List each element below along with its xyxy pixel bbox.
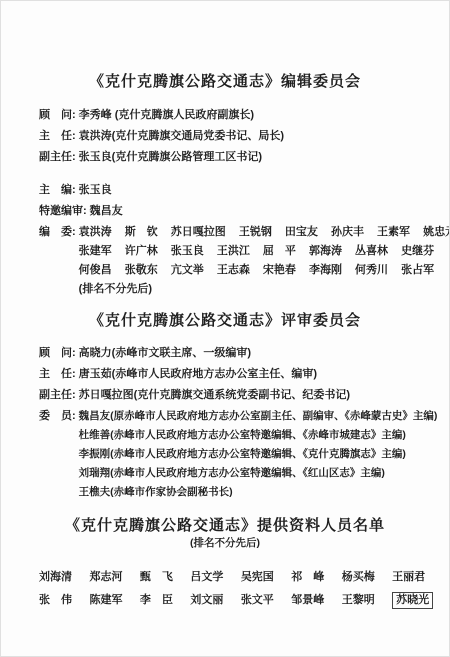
deputy-director-row: 副主任: 张玉良(克什克腾旗公路管理工区书记) <box>1 151 449 164</box>
contributors-row-1: 刘海清 郑志河 甄 飞 吕文学 吴宪国 祁 峰 杨买梅 王丽君 <box>39 569 449 584</box>
editorial-leaders: 顾 问: 李秀峰 (克什克腾旗人民政府副旗长) 主 任: 袁洪涛(克什克腾旗交通… <box>1 109 449 164</box>
deputy-director-name: 张玉良(克什克腾旗公路管理工区书记) <box>79 151 262 164</box>
contributor-name: 王丽君 <box>392 571 425 584</box>
member-name: 宋艳春 <box>263 264 296 277</box>
invited-reviewer-name: 魏昌友 <box>90 205 123 218</box>
committee-row-1: 袁洪涛 斯 钦 苏日嘎拉图 王锐钢 田宝友 孙庆丰 王素军 姚忠元 <box>79 226 450 239</box>
invited-reviewer-label: 特邀编审: <box>39 205 87 218</box>
contributor-name: 刘海清 <box>39 571 72 584</box>
review-deputy-director-name: 苏日嘎拉图(克什克腾旗交通系统党委副书记、纪委书记) <box>79 389 350 402</box>
editorial-committee-title: 《克什克腾旗公路交通志》编辑委员会 <box>1 73 449 91</box>
review-members-row: 委 员: 魏昌友(原赤峰市人民政府地方志办公室副主任、副编审、《赤峰蒙古史》主编… <box>1 410 449 505</box>
member-name: 王志森 <box>217 264 250 277</box>
member-name: 屈 平 <box>263 245 296 258</box>
committee-row-3: 何俊昌 张敬东 亢文举 王志森 宋艳春 李海刚 何秀川 张占军 <box>79 264 450 277</box>
review-director-row: 主 任: 唐玉茹(赤峰市人民政府地方志办公室主任、编审) <box>1 368 449 381</box>
review-committee-title: 《克什克腾旗公路交通志》评审委员会 <box>1 312 449 330</box>
contributor-name: 刘文丽 <box>190 594 223 607</box>
committee-members-list: 袁洪涛 斯 钦 苏日嘎拉图 王锐钢 田宝友 孙庆丰 王素军 姚忠元 张建军 许广… <box>79 226 450 296</box>
review-member: 杜维善(赤峰市人民政府地方志办公室特邀编辑、《赤峰市城建志》主编) <box>79 429 438 442</box>
contributors-list: 刘海清 郑志河 甄 飞 吕文学 吴宪国 祁 峰 杨买梅 王丽君 张 伟 陈建军 … <box>1 569 449 609</box>
chief-editor-name: 张玉良 <box>79 184 112 197</box>
chief-editor-label: 主 编: <box>39 184 76 197</box>
document-page: 《克什克腾旗公路交通志》编辑委员会 顾 问: 李秀峰 (克什克腾旗人民政府副旗长… <box>0 0 450 657</box>
advisor-row: 顾 问: 李秀峰 (克什克腾旗人民政府副旗长) <box>1 109 449 122</box>
member-name: 张建军 <box>79 245 112 258</box>
contributor-name: 祁 峰 <box>291 571 324 584</box>
review-members-list: 魏昌友(原赤峰市人民政府地方志办公室副主任、副编审、《赤峰蒙古史》主编) 杜维善… <box>79 410 438 505</box>
review-member: 魏昌友(原赤峰市人民政府地方志办公室副主任、副编审、《赤峰蒙古史》主编) <box>79 410 438 423</box>
member-name: 王锐钢 <box>239 226 272 239</box>
member-name: 丛喜林 <box>355 245 388 258</box>
contributor-name: 李 臣 <box>140 594 173 607</box>
member-name: 许广林 <box>125 245 158 258</box>
committee-row-2: 张建军 许广林 张玉良 王洪江 屈 平 郭海涛 丛喜林 史继芬 <box>79 245 450 258</box>
member-name: 郭海涛 <box>309 245 342 258</box>
director-label: 主 任: <box>39 130 76 143</box>
contributor-name: 邹景峰 <box>291 594 324 607</box>
review-advisor-label: 顾 问: <box>39 347 76 360</box>
contributors-no-ranking-note: (排名不分先后) <box>1 537 449 550</box>
member-name: 亢文举 <box>171 264 204 277</box>
member-name: 王素军 <box>377 226 410 239</box>
review-member: 李振刚(赤峰市人民政府地方志办公室特邀编辑、《克什克腾旗志》主编) <box>79 448 438 461</box>
committee-members-row: 编 委: 袁洪涛 斯 钦 苏日嘎拉图 王锐钢 田宝友 孙庆丰 王素军 姚忠元 张… <box>1 226 449 296</box>
member-name: 张玉良 <box>171 245 204 258</box>
review-member: 王樵夫(赤峰市作家协会副秘书长) <box>79 486 438 499</box>
contributor-name: 吕文学 <box>190 571 223 584</box>
review-deputy-director-label: 副主任: <box>39 389 76 402</box>
review-advisor-row: 顾 问: 高晓力(赤峰市文联主席、一级编审) <box>1 347 449 360</box>
contributor-name: 郑志河 <box>89 571 122 584</box>
member-name: 姚忠元 <box>423 226 450 239</box>
director-name: 袁洪涛(克什克腾旗交通局党委书记、局长) <box>79 130 284 143</box>
invited-reviewer-row: 特邀编审: 魏昌友 <box>1 205 449 218</box>
review-director-name: 唐玉茹(赤峰市人民政府地方志办公室主任、编审) <box>79 368 317 381</box>
contributor-name: 甄 飞 <box>140 571 173 584</box>
advisor-name: 李秀峰 (克什克腾旗人民政府副旗长) <box>79 109 254 122</box>
review-deputy-director-row: 副主任: 苏日嘎拉图(克什克腾旗交通系统党委副书记、纪委书记) <box>1 389 449 402</box>
contributor-name-boxed: 苏晓光 <box>392 592 433 609</box>
member-name: 王洪江 <box>217 245 250 258</box>
director-row: 主 任: 袁洪涛(克什克腾旗交通局党委书记、局长) <box>1 130 449 143</box>
committee-members-label: 编 委: <box>39 226 76 239</box>
member-name: 史继芬 <box>401 245 434 258</box>
member-name: 张占军 <box>401 264 434 277</box>
deputy-director-label: 副主任: <box>39 151 76 164</box>
contributor-name: 张 伟 <box>39 594 72 607</box>
contributor-name: 王黎明 <box>342 594 375 607</box>
editorial-editors: 主 编: 张玉良 特邀编审: 魏昌友 编 委: 袁洪涛 斯 钦 苏日嘎拉图 王锐… <box>1 184 449 296</box>
contributor-name: 杨买梅 <box>342 571 375 584</box>
member-name: 李海刚 <box>309 264 342 277</box>
member-name: 斯 钦 <box>125 226 158 239</box>
member-name: 袁洪涛 <box>79 226 112 239</box>
no-ranking-note: (排名不分先后) <box>79 283 450 296</box>
chief-editor-row: 主 编: 张玉良 <box>1 184 449 197</box>
advisor-label: 顾 问: <box>39 109 76 122</box>
member-name: 何俊昌 <box>79 264 112 277</box>
contributor-name: 陈建军 <box>89 594 122 607</box>
member-name: 张敬东 <box>125 264 158 277</box>
member-name: 田宝友 <box>285 226 318 239</box>
contributors-title: 《克什克腾旗公路交通志》提供资料人员名单 <box>1 517 449 535</box>
member-name: 苏日嘎拉图 <box>171 226 226 239</box>
contributors-row-2: 张 伟 陈建军 李 臣 刘文丽 张文平 邹景峰 王黎明 苏晓光 <box>39 592 449 609</box>
contributor-name: 张文平 <box>241 594 274 607</box>
contributor-name: 吴宪国 <box>241 571 274 584</box>
review-director-label: 主 任: <box>39 368 76 381</box>
review-member: 刘瑞翔(赤峰市人民政府地方志办公室特邀编辑、《红山区志》主编) <box>79 467 438 480</box>
review-leaders: 顾 问: 高晓力(赤峰市文联主席、一级编审) 主 任: 唐玉茹(赤峰市人民政府地… <box>1 347 449 505</box>
member-name: 孙庆丰 <box>331 226 364 239</box>
member-name: 何秀川 <box>355 264 388 277</box>
review-advisor-name: 高晓力(赤峰市文联主席、一级编审) <box>79 347 251 360</box>
review-members-label: 委 员: <box>39 410 76 423</box>
